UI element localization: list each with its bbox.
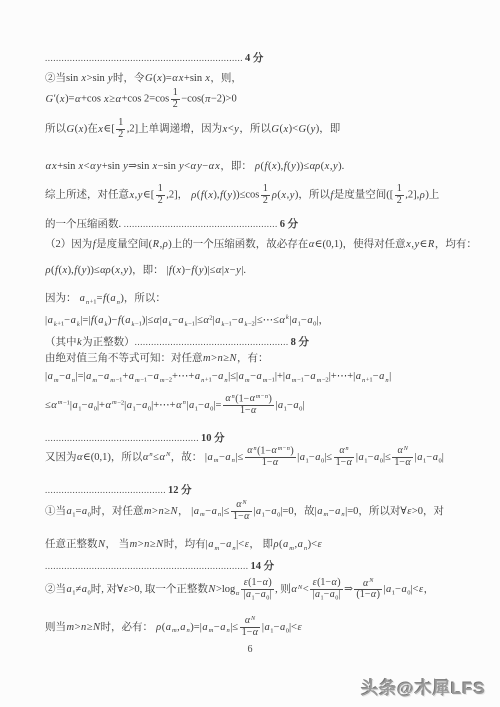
math-line: ②当a1≠a0时, 对∀ε>0, 取一个正整数N>logαε(1−α)|a1−a… (45, 578, 434, 601)
dotted-leader: ........................................… (45, 433, 199, 443)
watermark: 头条@木犀LFS (361, 674, 486, 699)
score-line: ........................................… (45, 482, 192, 497)
score-label: 4 分 (245, 53, 263, 64)
math-line: 任意正整数N， 当m>n≥N时，均有|am−an|<ε， 即ρ(am,an)<ε (45, 536, 322, 552)
score-line-text: 的一个压缩函数. (45, 219, 124, 230)
math-line: G′(x)=α+cos x≥α+cos 2=cos12−cos(π−2)>0 (45, 88, 237, 111)
dotted-leader: ........................................… (135, 337, 289, 347)
score-line: ........................................… (45, 430, 225, 445)
math-line: 因为： an+1=f(an)，所以： (45, 290, 166, 306)
score-label: 6 分 (280, 219, 298, 230)
score-label: 10 分 (201, 433, 225, 444)
dotted-leader: ........................................… (124, 219, 278, 229)
math-line: 所以G(x)在x∈[12,2]上单调递增，因为x<y，所以G(x)<G(y)，即 (45, 118, 340, 141)
score-label: 8 分 (291, 337, 309, 348)
math-line: 则当m>n≥N时，必有： ρ(am,an)=|am−an|≤αN1−α|a1−a… (45, 616, 302, 639)
math-line: |am−an|=|am−am−1+am−1−am−2+⋯+an+1−an|≤|a… (45, 370, 391, 384)
math-line: ρ(f(x),f(y))≤αρ(x,y)，即： |f(x)−f(y)|≤α|x−… (45, 262, 246, 277)
dotted-leader: ........................................… (45, 53, 243, 63)
math-line: （2）因为f是度量空间(R,ρ)上的一个压缩函数，故必存在α∈(0,1)，使得对… (45, 236, 477, 251)
math-line: ①当a1=a0时，对任意m>n≥N， |am−an|≤αN1−α|a1−a0|=… (45, 500, 444, 523)
page-number: 6 (0, 644, 500, 655)
score-line: ........................................… (45, 558, 274, 573)
math-line: ②当sin x>sin y时，令G(x)=αx+sin x，则， (45, 70, 242, 85)
math-line: 由绝对值三角不等式可知：对任意m>n≥N，有： (45, 350, 269, 365)
dotted-leader: ........................................… (45, 561, 249, 571)
math-line: ≤αm−1|a1−a0|+αm−2|a1−a0|+⋯+αn|a1−a0|=αn(… (45, 394, 304, 417)
score-line: （其中k为正整数）...............................… (45, 334, 309, 349)
score-label: 14 分 (251, 561, 275, 572)
score-line: 的一个压缩函数. ...............................… (45, 216, 298, 231)
score-line: ........................................… (45, 50, 263, 65)
dotted-leader: ........................................… (45, 485, 166, 495)
score-label: 12 分 (168, 485, 192, 496)
document-page: ........................................… (0, 0, 500, 707)
math-line: |ak+1−ak|=|f(ak)−f(ak−1)|≤α|ak−ak−1|≤α2|… (45, 312, 329, 328)
math-line: αx+sin x<αy+sin y⇒sin x−sin y<αy−αx，即： ρ… (45, 158, 344, 173)
math-line: 综上所述，对任意x,y∈[12,2]， ρ(f(x),f(y))≤cos12ρ(… (45, 184, 439, 207)
score-line-text: （其中k为正整数） (45, 337, 135, 348)
math-line: 又因为α∈(0,1)，所以αn≤αN，故： |am−an|≤αn(1−αm−n)… (45, 446, 444, 469)
